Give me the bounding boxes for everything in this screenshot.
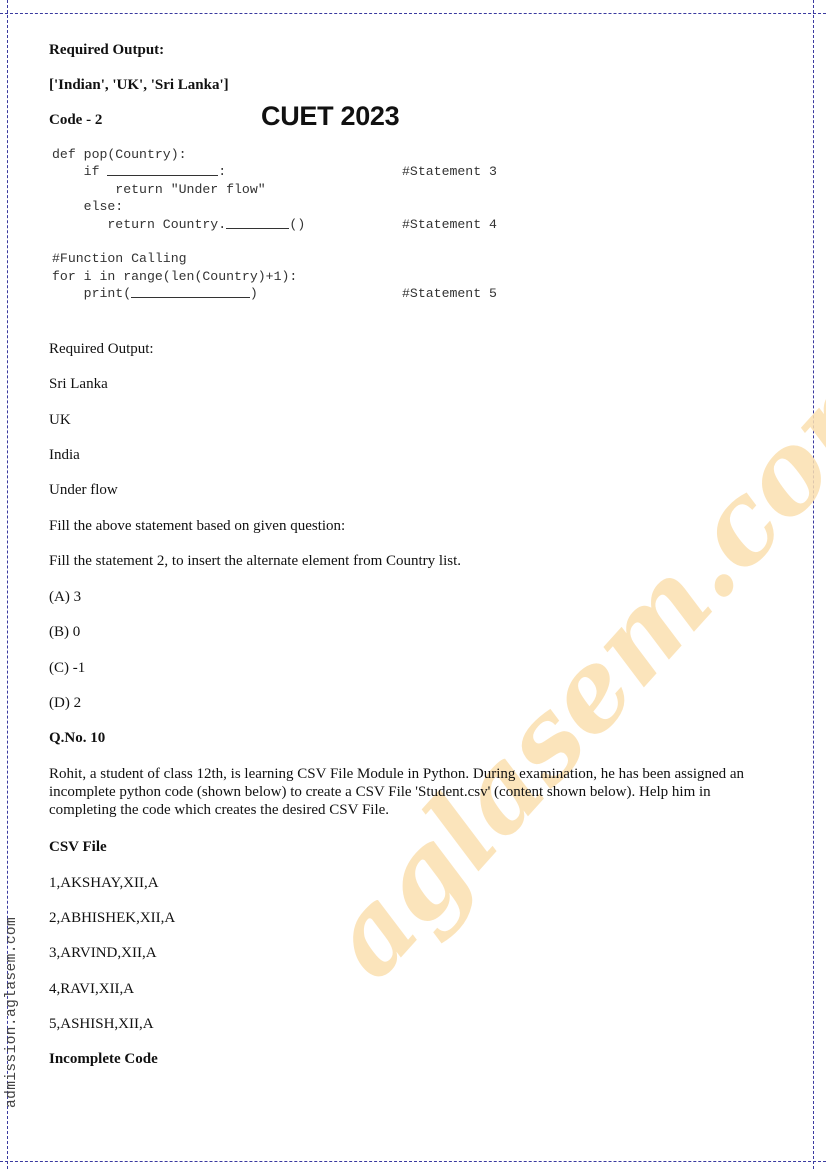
code-line: print( )#Statement 5 [52,285,305,302]
option-b: (B) 0 [49,623,80,641]
question-number: Q.No. 10 [49,729,105,747]
question-paragraph: Rohit, a student of class 12th, is learn… [49,765,749,819]
page-border-top [0,13,826,14]
page-border-right [813,0,814,1169]
code-line: #Function Calling [52,250,305,267]
incomplete-code-heading: Incomplete Code [49,1050,158,1068]
csv-row: 5,ASHISH,XII,A [49,1015,154,1033]
code-label: Code - 2 [49,111,102,129]
instruction-text: Fill the above statement based on given … [49,517,345,535]
required-output-value: ['Indian', 'UK', 'Sri Lanka'] [49,76,229,94]
page-border-bottom [0,1161,826,1162]
watermark: aglasem.com [300,317,826,1001]
csv-row: 4,RAVI,XII,A [49,980,134,998]
csv-row: 2,ABHISHEK,XII,A [49,909,175,927]
code-line: else: [52,198,305,215]
code-block: def pop(Country): if :#Statement 3 retur… [52,146,305,303]
fill-blank [107,163,218,176]
exam-title: CUET 2023 [261,101,399,132]
fill-blank [226,216,289,229]
statement-comment: #Statement 3 [402,163,497,180]
csv-row: 1,AKSHAY,XII,A [49,874,159,892]
option-d: (D) 2 [49,694,81,712]
code-line: for i in range(len(Country)+1): [52,268,305,285]
output-line: India [49,446,80,464]
option-c: (C) -1 [49,659,85,677]
code-line [52,233,305,250]
side-url: admission.aglasem.com [4,917,20,1108]
statement-comment: #Statement 4 [402,216,497,233]
output-line: Sri Lanka [49,375,108,393]
code-line: return "Under flow" [52,181,305,198]
option-a: (A) 3 [49,588,81,606]
code-line: return Country. ()#Statement 4 [52,216,305,233]
csv-file-heading: CSV File [49,838,107,856]
fill-blank [131,285,250,298]
output-line: UK [49,411,71,429]
output-line: Under flow [49,481,118,499]
required-output-heading: Required Output: [49,41,164,59]
code-line: def pop(Country): [52,146,305,163]
statement-comment: #Statement 5 [402,285,497,302]
required-output-heading-2: Required Output: [49,340,154,358]
code-line: if :#Statement 3 [52,163,305,180]
csv-row: 3,ARVIND,XII,A [49,944,157,962]
question-text: Fill the statement 2, to insert the alte… [49,552,461,570]
